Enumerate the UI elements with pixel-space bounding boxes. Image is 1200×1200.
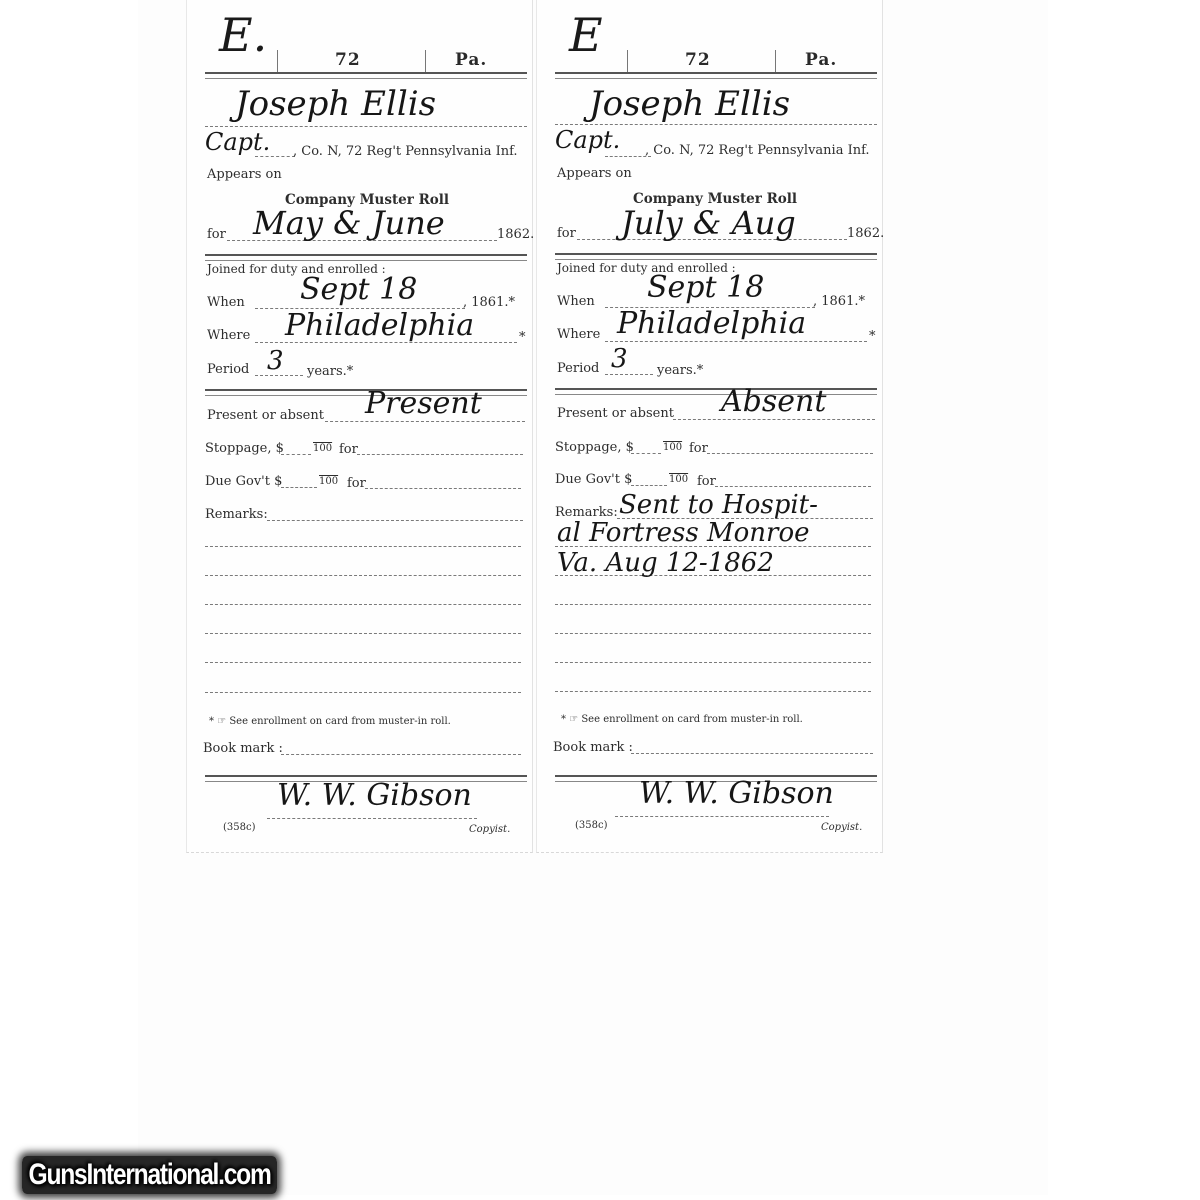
stoppage-cents: 100 (313, 443, 332, 454)
unit-line: , Co. N, 72 Reg't Pennsylvania Inf. (645, 143, 870, 158)
dotted-line (281, 754, 521, 755)
double-rule (555, 388, 877, 395)
stoppage-label: Stoppage, $ (205, 441, 284, 456)
form-number: (358c) (575, 820, 608, 831)
dotted-line (631, 453, 661, 454)
card-header: E 72 Pa. (555, 8, 877, 74)
enroll-place: Philadelphia (285, 308, 474, 343)
remarks-line-3: Va. Aug 12-1862 (557, 548, 774, 578)
signature-line (267, 818, 477, 819)
enroll-period: 3 (611, 344, 628, 374)
dotted-line (365, 488, 521, 489)
asterisk: * (519, 330, 526, 345)
divider (627, 50, 628, 72)
copyist-label: Copyist. (821, 822, 862, 833)
period-unit: years.* (307, 364, 353, 379)
copyist-label: Copyist. (469, 824, 510, 835)
state-abbrev: Pa. (805, 50, 837, 70)
remarks-line-1: Sent to Hospit- (619, 490, 818, 520)
soldier-name: Joseph Ellis (235, 84, 436, 124)
bookmark-label: Book mark : (553, 740, 633, 755)
remarks-line (555, 691, 871, 692)
for-label: for (557, 226, 576, 241)
regiment-number: 72 (685, 50, 711, 70)
divider (425, 50, 426, 72)
remarks-label: Remarks: (205, 507, 268, 522)
rank: Capt. (205, 128, 270, 156)
period-unit: years.* (657, 363, 703, 378)
remarks-line (205, 604, 521, 605)
where-label: Where (557, 327, 600, 342)
muster-card-may-june: E. 72 Pa. Joseph Ellis Capt. , Co. N, 72… (186, 0, 533, 853)
period-label: Period (207, 362, 249, 377)
status-value: Present (365, 386, 482, 421)
remarks-line-2: al Fortress Monroe (557, 518, 809, 548)
appears-on-label: Appears on (557, 166, 632, 181)
for-label: for (207, 227, 226, 242)
bookmark-label: Book mark : (203, 741, 283, 756)
dotted-line (631, 485, 667, 486)
dotted-line (267, 520, 523, 521)
appears-on-label: Appears on (207, 167, 282, 182)
when-label: When (557, 294, 595, 309)
footnote: * ☞ See enrollment on card from muster-i… (209, 716, 451, 727)
remarks-line (205, 575, 521, 576)
muster-card-july-aug: E 72 Pa. Joseph Ellis Capt. , Co. N, 72 … (536, 0, 883, 853)
due-for: for (347, 476, 366, 491)
double-rule (205, 72, 527, 79)
dotted-line (205, 126, 527, 127)
remarks-line (205, 633, 521, 634)
dotted-line (325, 421, 525, 422)
dotted-line (631, 753, 873, 754)
copyist-signature: W. W. Gibson (639, 776, 834, 811)
double-rule (555, 72, 877, 79)
signature-line (615, 816, 829, 817)
enroll-date: Sept 18 (300, 272, 417, 307)
stoppage-for: for (339, 442, 358, 457)
divider (775, 50, 776, 72)
dotted-line (281, 487, 317, 488)
site-watermark: GunsInternational.com (22, 1156, 277, 1194)
status-value: Absent (721, 384, 826, 419)
regiment-number: 72 (335, 50, 361, 70)
card-header: E. 72 Pa. (205, 8, 527, 74)
footnote: * ☞ See enrollment on card from muster-i… (561, 714, 803, 725)
due-for: for (697, 474, 716, 489)
asterisk: * (869, 329, 876, 344)
enroll-date: Sept 18 (647, 270, 764, 305)
remarks-line (205, 662, 521, 663)
copyist-signature: W. W. Gibson (277, 778, 472, 813)
muster-period: July & Aug (621, 204, 796, 242)
dotted-line (555, 124, 877, 125)
stoppage-cents: 100 (663, 442, 682, 453)
dotted-line (605, 341, 867, 342)
remarks-line (555, 633, 871, 634)
enroll-year: , 1861.* (813, 294, 865, 309)
enroll-place: Philadelphia (617, 306, 806, 341)
remarks-line (555, 604, 871, 605)
muster-year: 1862. (497, 227, 534, 242)
enroll-period: 3 (267, 346, 284, 376)
form-number: (358c) (223, 822, 256, 833)
dotted-line (281, 454, 311, 455)
muster-period: May & June (253, 204, 445, 242)
soldier-name: Joseph Ellis (589, 84, 790, 124)
file-letter: E (569, 8, 603, 62)
dotted-line (707, 453, 873, 454)
due-govt-label: Due Gov't $ (205, 474, 282, 489)
due-govt-label: Due Gov't $ (555, 472, 632, 487)
dotted-line (673, 419, 875, 420)
stoppage-for: for (689, 441, 708, 456)
remarks-line (205, 546, 521, 547)
dotted-line (255, 156, 295, 157)
due-cents: 100 (319, 476, 338, 487)
state-abbrev: Pa. (455, 50, 487, 70)
remarks-line (205, 692, 521, 693)
double-rule (555, 253, 877, 260)
remarks-line (555, 662, 871, 663)
double-rule (205, 254, 527, 261)
file-letter: E. (219, 8, 267, 62)
dotted-line (357, 454, 523, 455)
where-label: Where (207, 328, 250, 343)
dotted-line (605, 374, 653, 375)
stoppage-label: Stoppage, $ (555, 440, 634, 455)
when-label: When (207, 295, 245, 310)
divider (277, 50, 278, 72)
period-label: Period (557, 361, 599, 376)
rank: Capt. (555, 126, 620, 154)
unit-line: , Co. N, 72 Reg't Pennsylvania Inf. (293, 144, 518, 159)
present-absent-label: Present or absent (207, 408, 324, 423)
due-cents: 100 (669, 474, 688, 485)
muster-year: 1862. (847, 226, 884, 241)
dotted-line (715, 486, 871, 487)
present-absent-label: Present or absent (557, 406, 674, 421)
